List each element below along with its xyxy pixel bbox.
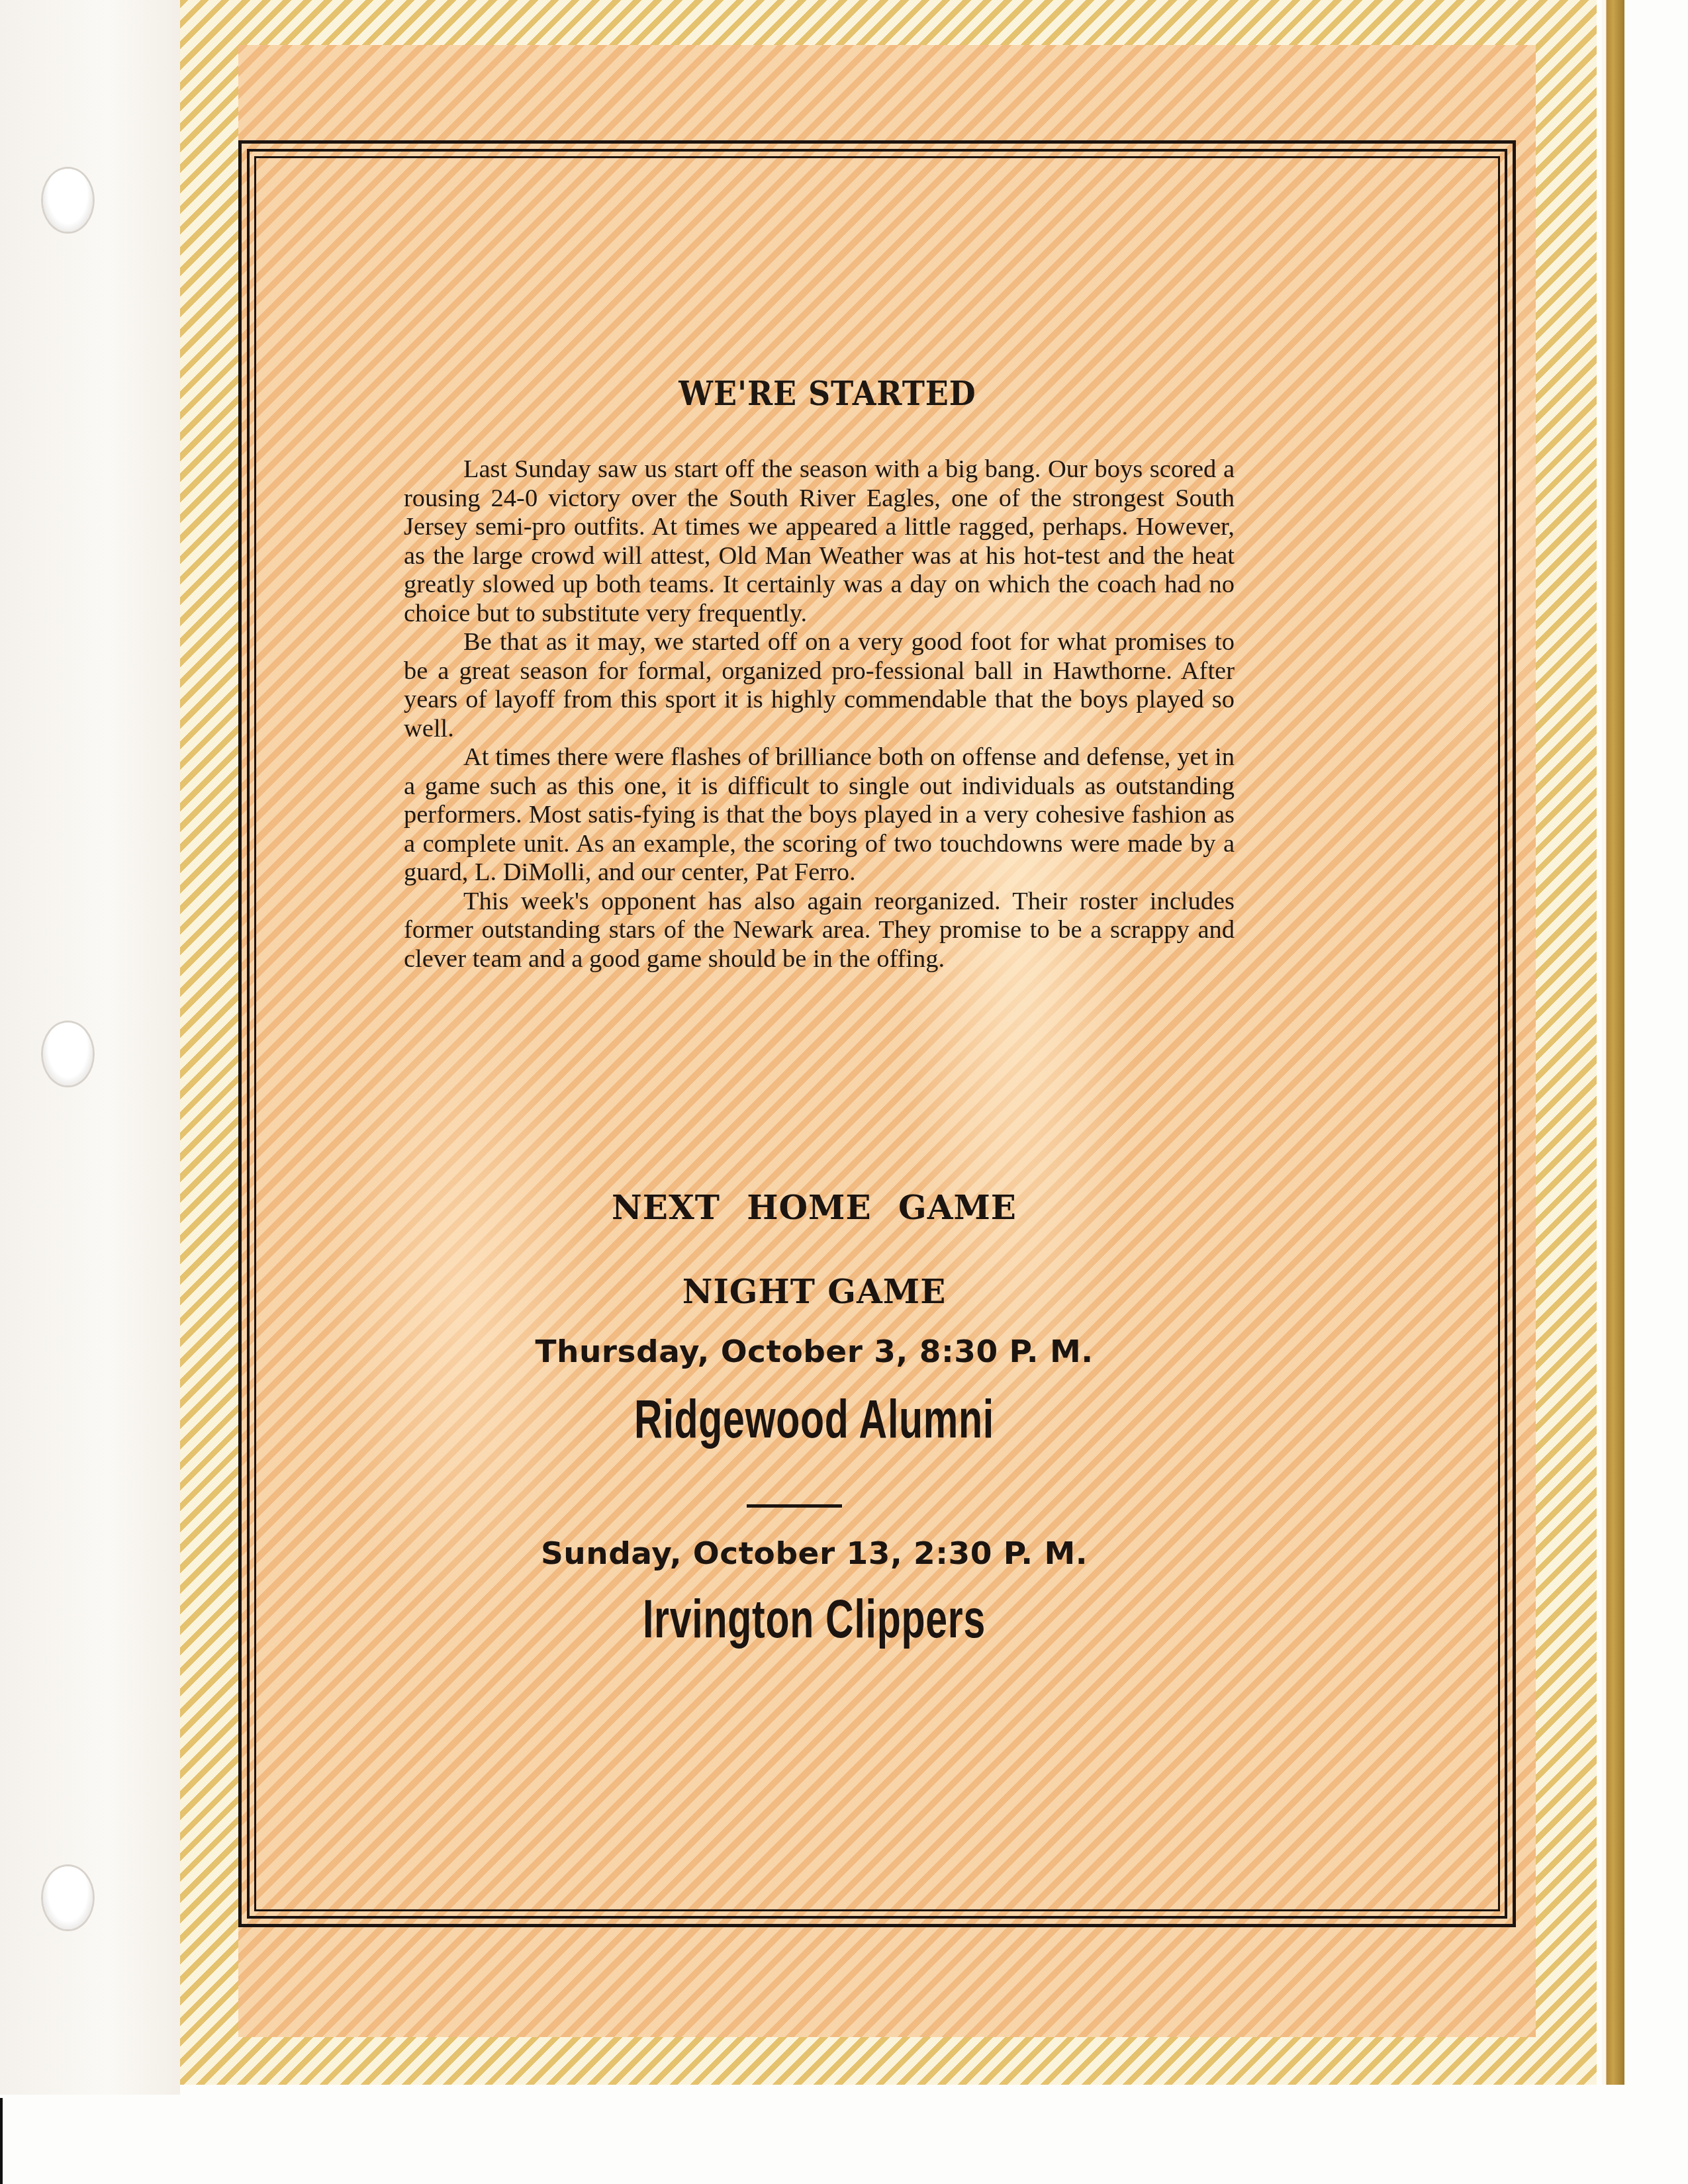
scan-edge — [0, 2098, 3, 2184]
article-paragraph: Be that as it may, we started off on a v… — [404, 628, 1235, 743]
article-paragraph: This week's opponent has also again reor… — [404, 887, 1235, 974]
punch-hole — [43, 169, 93, 232]
article-paragraph: At times there were flashes of brillianc… — [404, 743, 1235, 887]
game-datetime: Sunday, October 13, 2:30 P. M. — [516, 1535, 1112, 1572]
game-opponent: Ridgewood Alumni — [600, 1388, 1029, 1451]
next-home-game-heading: NEXT HOME GAME — [516, 1188, 1112, 1227]
night-game-label: NIGHT GAME — [516, 1272, 1112, 1311]
gold-page-edge — [1602, 0, 1624, 2085]
game-opponent: Irvington Clippers — [600, 1588, 1029, 1651]
divider — [747, 1504, 842, 1508]
game-datetime: Thursday, October 3, 8:30 P. M. — [516, 1334, 1112, 1370]
article-body: Last Sunday saw us start off the season … — [404, 455, 1235, 974]
article-paragraph: Last Sunday saw us start off the season … — [404, 455, 1235, 628]
punch-hole — [43, 1023, 93, 1085]
article-title: WE'RE STARTED — [438, 374, 1217, 413]
punch-hole — [43, 1866, 93, 1929]
